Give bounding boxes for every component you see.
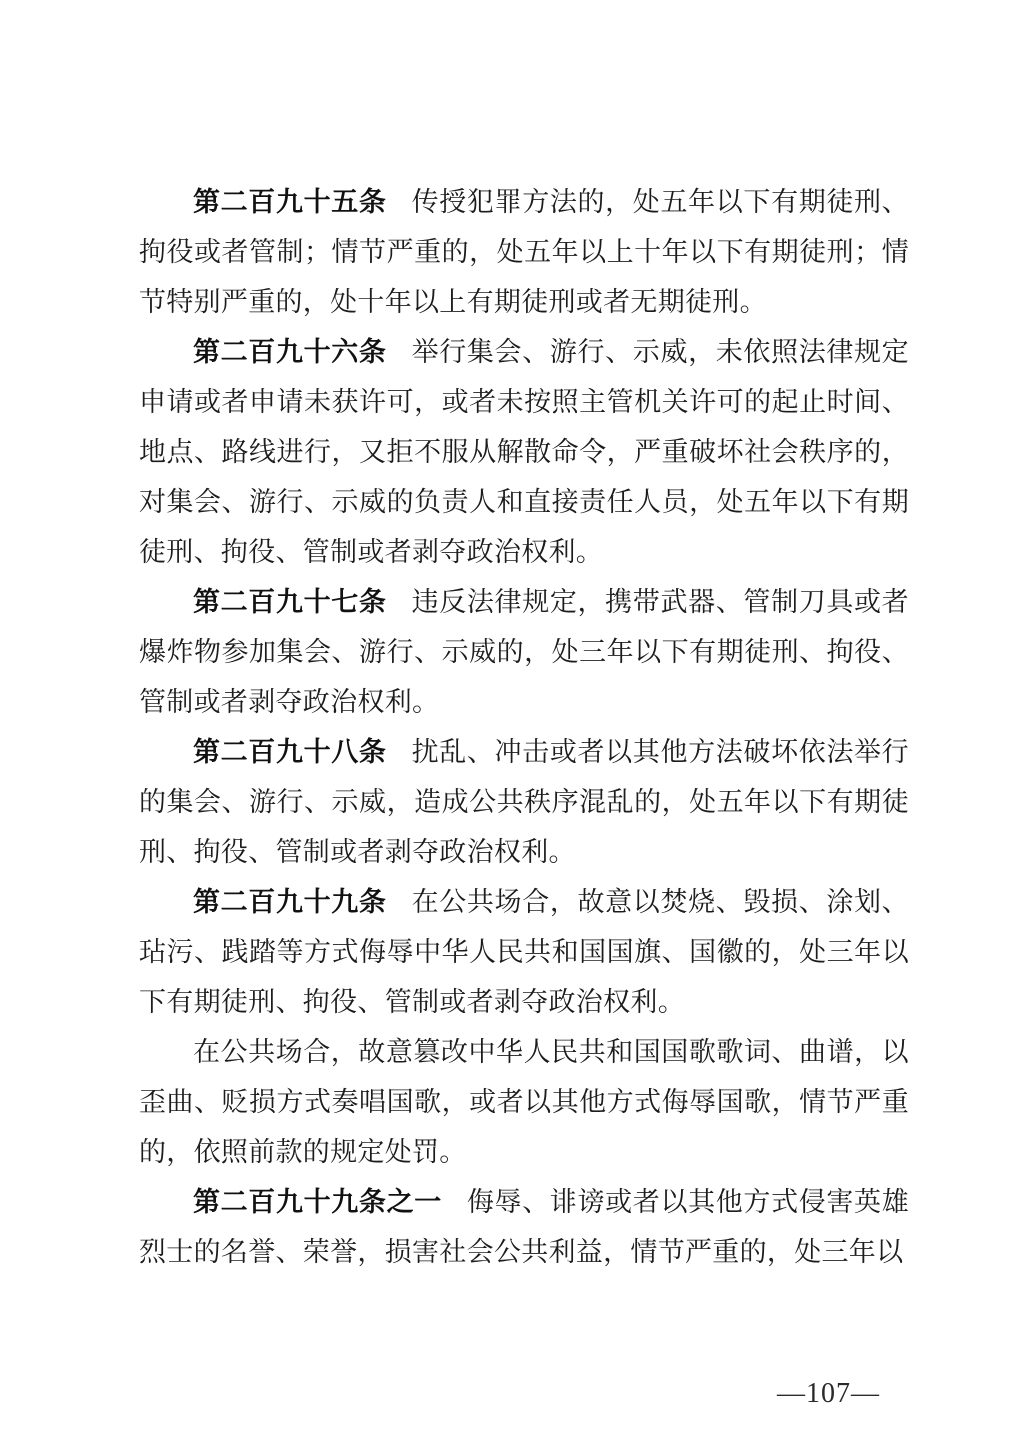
article-299-paragraph-2-text: 在公共场合，故意篡改中华人民共和国国歌歌词、曲谱，以歪曲、贬损方式奏唱国歌，或者…: [139, 1037, 909, 1167]
article-295-number: 第二百九十五条: [193, 187, 387, 217]
article-299-paragraph-2: 在公共场合，故意篡改中华人民共和国国歌歌词、曲谱，以歪曲、贬损方式奏唱国歌，或者…: [139, 1027, 909, 1177]
article-299-number: 第二百九十九条: [193, 887, 387, 917]
article-296: 第二百九十六条举行集会、游行、示威，未依照法律规定申请或者申请未获许可，或者未按…: [139, 327, 909, 577]
article-299: 第二百九十九条在公共场合，故意以焚烧、毁损、涂划、玷污、践踏等方式侮辱中华人民共…: [139, 877, 909, 1027]
article-297-number: 第二百九十七条: [193, 587, 387, 617]
article-295: 第二百九十五条传授犯罪方法的，处五年以下有期徒刑、拘役或者管制；情节严重的，处五…: [139, 177, 909, 327]
article-296-number: 第二百九十六条: [193, 337, 387, 367]
article-297: 第二百九十七条违反法律规定，携带武器、管制刀具或者爆炸物参加集会、游行、示威的，…: [139, 577, 909, 727]
article-298: 第二百九十八条扰乱、冲击或者以其他方法破坏依法举行的集会、游行、示威，造成公共秩…: [139, 727, 909, 877]
article-296-text: 举行集会、游行、示威，未依照法律规定申请或者申请未获许可，或者未按照主管机关许可…: [139, 337, 909, 567]
page-number: —107—: [777, 1378, 880, 1410]
article-299-1: 第二百九十九条之一侮辱、诽谤或者以其他方式侵害英雄烈士的名誉、荣誉，损害社会公共…: [139, 1177, 909, 1277]
law-text-block: 第二百九十五条传授犯罪方法的，处五年以下有期徒刑、拘役或者管制；情节严重的，处五…: [139, 177, 909, 1277]
article-298-number: 第二百九十八条: [193, 737, 387, 767]
document-page: 第二百九十五条传授犯罪方法的，处五年以下有期徒刑、拘役或者管制；情节严重的，处五…: [0, 0, 1024, 1448]
article-299-1-number: 第二百九十九条之一: [193, 1187, 442, 1217]
